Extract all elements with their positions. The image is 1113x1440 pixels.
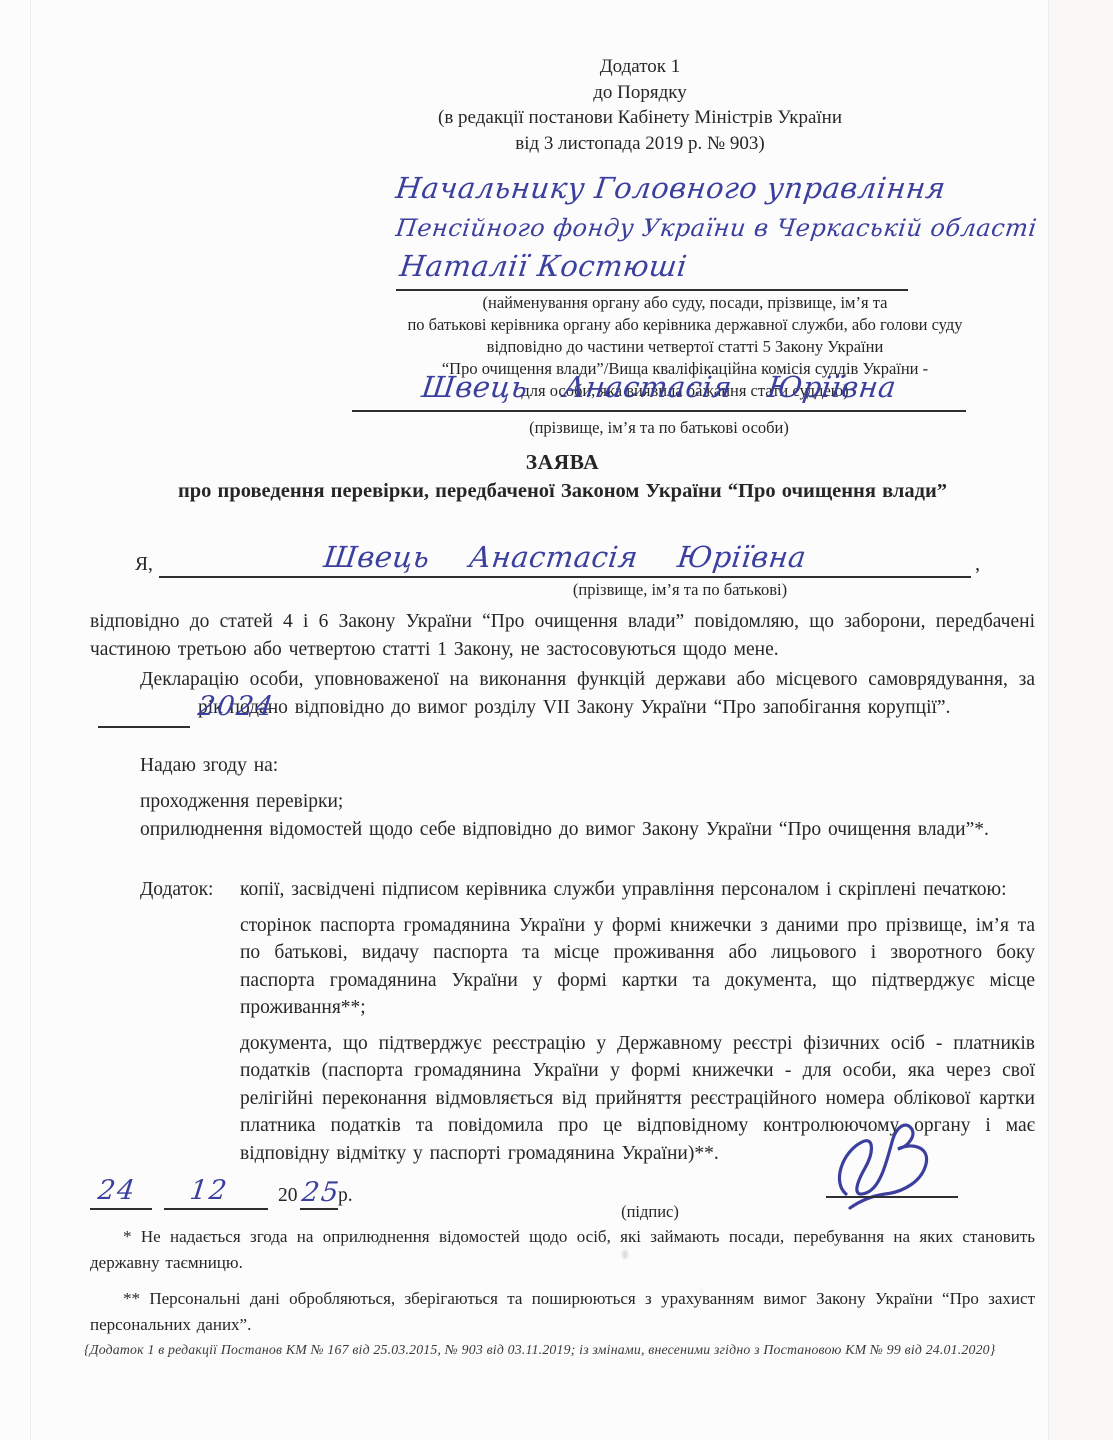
applicant-name-handwriting: Швець Анастасія Юріївна [352,364,966,412]
recipient-handwriting-block: Начальнику Головного управління Пенсійно… [396,168,1056,291]
date-century-printed: 20 [278,1185,298,1207]
recipient-handwriting-line: Начальнику Головного управління [396,168,1056,209]
consent-item: оприлюднення відомостей щодо себе відпов… [90,816,1035,844]
document-title: ЗАЯВА [90,450,1035,475]
attachment-label: Додаток: [140,876,240,1175]
signature-caption: (підпис) [555,1202,745,1222]
org-caption-line: відповідно до частини четвертої статті 5… [338,336,1032,358]
paragraph-declaration-before: Декларацію особи, уповноваженої на викон… [140,669,1035,690]
org-caption-line: (найменування органу або суду, посади, п… [338,292,1032,314]
org-caption-line: по батькові керівника органу або керівни… [338,314,1032,336]
applicant-name-caption: (прізвище, ім’я та по батькові особи) [352,418,966,438]
date-month-rule [164,1208,268,1210]
document-subtitle: про проведення перевірки, передбаченої З… [90,480,1035,503]
annex-line: (в редакції постанови Кабінету Міністрів… [350,105,930,131]
revision-note: {Додаток 1 в редакції Постанов КМ № 167 … [84,1342,1044,1358]
trailing-comma: , [975,554,980,578]
scan-page-edge [1048,0,1113,1440]
year-rule: 2024 [98,700,190,728]
date-year-rule [300,1208,338,1210]
paragraph-declaration: Декларацію особи, уповноваженої на викон… [90,666,1035,728]
annex-line: до Порядку [350,80,930,106]
annex-line: від 3 листопада 2019 р. № 903) [350,131,930,157]
declarant-label: Я, [135,554,153,578]
date-row: 24 12 20 25 р. [90,1166,450,1216]
declarant-name-rule: Швець Анастасія Юріївна [159,536,971,578]
date-day-handwriting: 24 [96,1175,138,1206]
attachment-intro: копії, засвідчені підписом керівника слу… [240,876,1035,904]
declarant-name-caption: (прізвище, ім’я та по батькові) [430,580,930,600]
scan-fold-line [30,0,31,1440]
consent-item: проходження перевірки; [90,788,1035,816]
date-suffix-printed: р. [338,1185,353,1207]
paragraph-declaration-after: рік подано відповідно до вимог розділу V… [198,697,950,718]
annex-line: Додаток 1 [350,54,930,80]
annex-reference-block: Додаток 1 до Порядку (в редакції постано… [350,54,930,156]
paragraph-law: відповідно до статей 4 і 6 Закону Україн… [90,608,1035,663]
consent-intro: Надаю згоду на: [90,752,1035,780]
recipient-handwriting-line: Пенсійного фонду України в Черкаській об… [396,209,1056,248]
recipient-handwriting-line: Наталії Костюші [396,248,908,291]
attachment-item: сторінок паспорта громадянина України у … [240,912,1035,1022]
declarant-row: Я, Швець Анастасія Юріївна , [90,536,980,578]
scanned-application-page: Додаток 1 до Порядку (в редакції постано… [0,0,1113,1440]
footnote-secrecy: * Не надається згода на оприлюднення від… [90,1224,1035,1276]
declarant-name-handwriting: Швець Анастасія Юріївна [322,540,808,574]
date-year-handwriting: 25 [300,1177,342,1208]
date-day-rule [90,1208,152,1210]
year-handwriting: 2024 [147,697,276,717]
date-month-handwriting: 12 [188,1175,230,1206]
signature-rule [826,1196,958,1198]
document-title-block: ЗАЯВА про проведення перевірки, передбач… [90,450,1035,503]
footnote-personal-data: ** Персональні дані обробляються, зберіг… [90,1286,1035,1338]
